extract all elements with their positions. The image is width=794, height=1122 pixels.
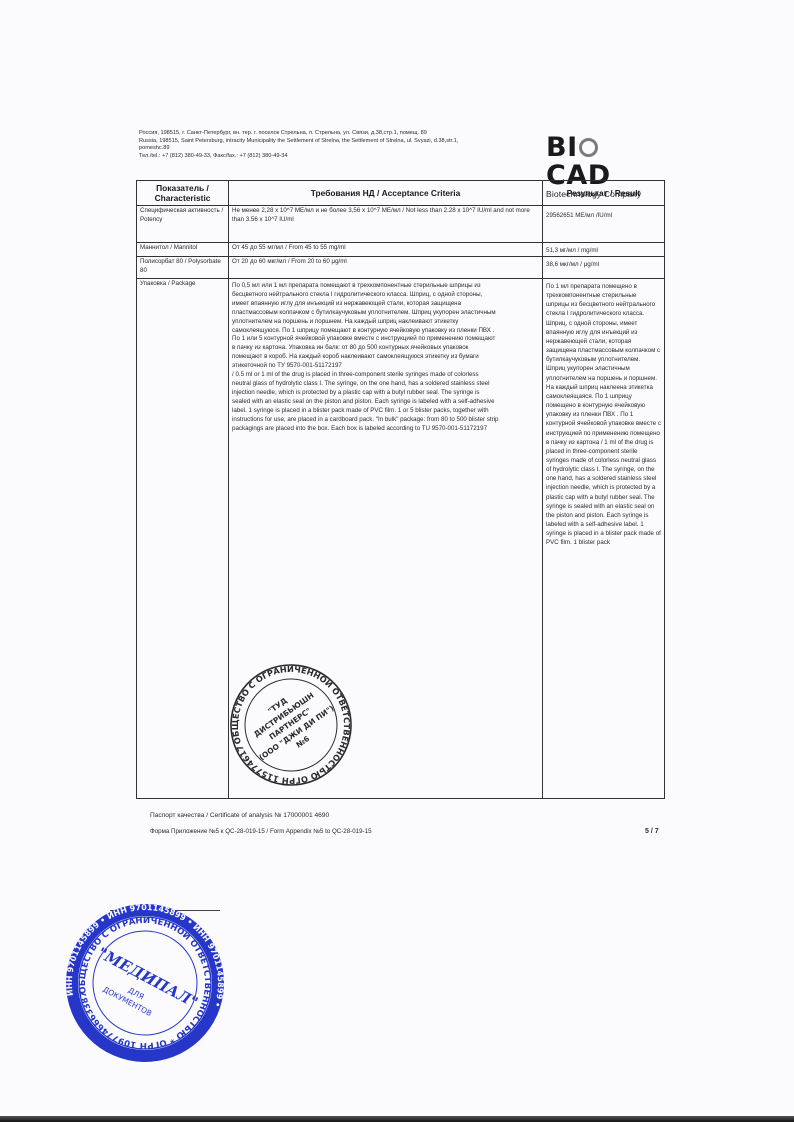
medipal-stamp-icon: ИНН 9701145899 • ИНН 9701145899 • ИНН 97… [64, 902, 226, 1064]
phone-fax: Тел./tel.: +7 (812) 380-49-33, Факс/fax.… [139, 153, 539, 161]
cell-result: По 1 мл препарата помещено в трехкомпоне… [543, 279, 665, 799]
logo-word-left: BI [546, 132, 578, 163]
specification-table: Показатель / Characteristic Требования Н… [136, 180, 665, 799]
table-row-mannitol: Маннитол / Mannitol От 45 до 55 мг/мл / … [137, 243, 665, 257]
cell-characteristic: Полисорбат 80 / Polysorbate 80 [137, 257, 229, 279]
certificate-number: Паспорт качества / Certificate of analys… [150, 812, 329, 819]
result-value: 29562651 МЕ/мл /IU/ml [546, 207, 661, 221]
package-criteria-en: / 0.5 ml or 1 ml of the drug is placed i… [232, 371, 499, 433]
table-row-potency: Специфическая активность / Potency Не ме… [137, 206, 665, 243]
cell-characteristic: Упаковка / Package [137, 279, 229, 799]
header-characteristic-ru: Показатель / [140, 183, 225, 193]
address-line-en: Russia, 198515, Saint Petersburg, intrac… [139, 138, 539, 146]
table-row-package: Упаковка / Package По 0,5 мл или 1 мл пр… [137, 279, 665, 799]
company-address: Россия, 198515, г. Санкт-Петербург, вн. … [139, 130, 539, 160]
cell-characteristic: Маннитол / Mannitol [137, 243, 229, 257]
cell-result: 29562651 МЕ/мл /IU/ml [543, 206, 665, 243]
header-characteristic: Показатель / Characteristic [137, 181, 229, 206]
address-line-en-cont: pomeshc.89 [139, 145, 539, 153]
page-number: 5 / 7 [645, 828, 659, 835]
header-result: Результат / Result [543, 181, 665, 206]
form-reference: Форма Приложение №5 к QC-28-019-15 / For… [150, 828, 372, 835]
cell-result: 38,6 мкг/мл / μg/ml [543, 257, 665, 279]
cell-criteria: От 20 до 60 мкг/мл / From 20 to 60 μg/ml [229, 257, 543, 279]
package-criteria-ru: По 0,5 мл или 1 мл препарата помещают в … [232, 282, 499, 371]
header-characteristic-en: Characteristic [140, 193, 225, 203]
address-line-ru: Россия, 198515, г. Санкт-Петербург, вн. … [139, 130, 539, 138]
table-row-polysorbate: Полисорбат 80 / Polysorbate 80 От 20 до … [137, 257, 665, 279]
cell-result: 51,3 мг/мл / mg/ml [543, 243, 665, 257]
scan-edge [0, 1116, 794, 1122]
cell-criteria: Не менее 2,28 x 10^7 МЕ/мл и не более 3,… [229, 206, 543, 243]
result-value: 51,3 мг/мл / mg/ml [546, 244, 661, 256]
header-criteria: Требования НД / Acceptance Criteria [229, 181, 543, 206]
logo-ring-icon [579, 138, 598, 157]
result-value: 38,6 мкг/мл / μg/ml [546, 258, 661, 270]
distributor-stamp: ОБЩЕСТВО С ОГРАНИЧЕННОЙ ОТВЕТСТВЕННОСТЬЮ… [226, 660, 356, 790]
cell-characteristic: Специфическая активность / Potency [137, 206, 229, 243]
medipal-stamp: ИНН 9701145899 • ИНН 9701145899 • ИНН 97… [64, 902, 226, 1064]
cell-criteria: От 45 до 55 мг/мл / From 45 to 55 mg/ml [229, 243, 543, 257]
table-header-row: Показатель / Characteristic Требования Н… [137, 181, 665, 206]
package-result: По 1 мл препарата помещено в трехкомпоне… [546, 280, 661, 548]
distributor-stamp-icon: ОБЩЕСТВО С ОГРАНИЧЕННОЙ ОТВЕТСТВЕННОСТЬЮ… [226, 660, 356, 790]
